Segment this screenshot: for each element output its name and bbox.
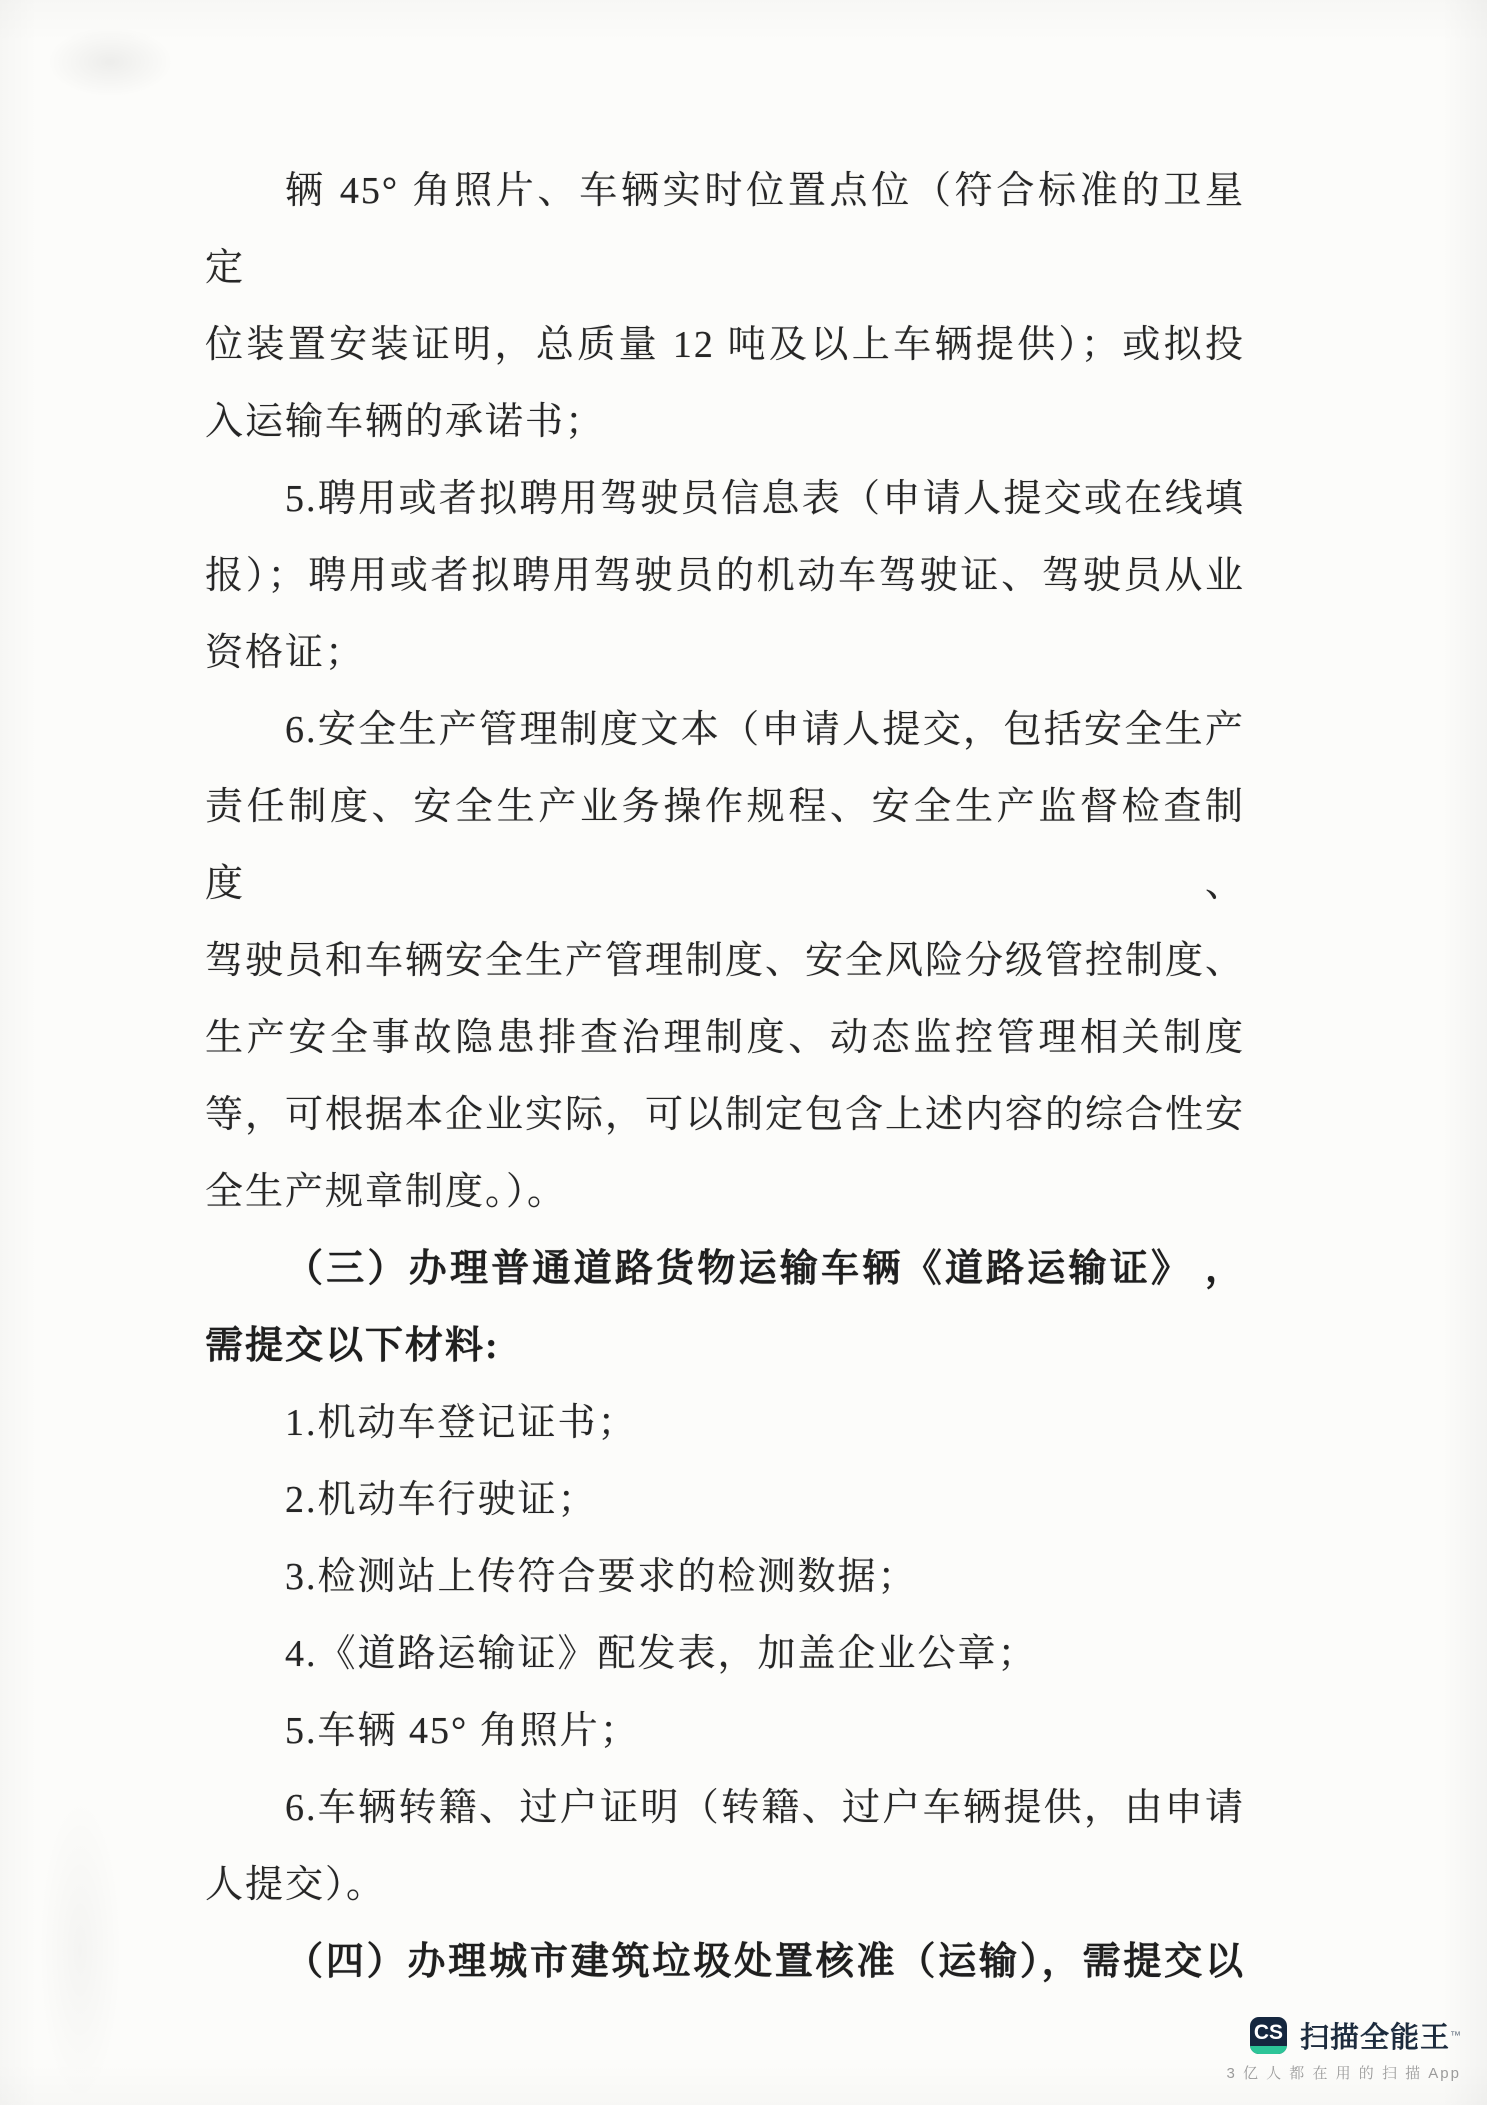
text-line: 责任制度、安全生产业务操作规程、安全生产监督检查制度、 [205,769,1245,923]
text-line: 位装置安装证明，总质量 12 吨及以上车辆提供）；或拟投 [205,307,1245,384]
document-text-block: 辆 45° 角照片、车辆实时位置点位（符合标准的卫星定 位装置安装证明，总质量 … [205,153,1245,2001]
scanned-document-page: 辆 45° 角照片、车辆实时位置点位（符合标准的卫星定 位装置安装证明，总质量 … [0,0,1487,2105]
text-line: 生产安全事故隐患排查治理制度、动态监控管理相关制度 [205,1000,1245,1077]
text-line: 辆 45° 角照片、车辆实时位置点位（符合标准的卫星定 [205,153,1245,307]
text-line: 资格证； [205,615,1245,692]
list-item: 1.机动车登记证书； [205,1385,1245,1462]
camscanner-brand-name: 扫描全能王 [1300,2015,1450,2056]
list-item: 4.《道路运输证》配发表，加盖企业公章； [205,1616,1245,1693]
camscanner-watermark: CS 扫描全能王™ 3 亿 人 都 在 用 的 扫 描 App [1226,2015,1461,2083]
text-line: 驾驶员和车辆安全生产管理制度、安全风险分级管控制度、 [205,923,1245,1000]
camscanner-brand-row: CS 扫描全能王™ [1226,2015,1461,2056]
list-item: 5.车辆 45° 角照片； [205,1693,1245,1770]
camscanner-tagline: 3 亿 人 都 在 用 的 扫 描 App [1226,2062,1461,2083]
section-heading-3: （三）办理普通道路货物运输车辆《道路运输证》 ， [205,1231,1245,1308]
section-heading-4: （四）办理城市建筑垃圾处置核准（运输），需提交以 [205,1924,1245,2001]
list-item: 2.机动车行驶证； [205,1462,1245,1539]
text-line: 需提交以下材料: [205,1308,1245,1385]
text-line: 等，可根据本企业实际，可以制定包含上述内容的综合性安 [205,1077,1245,1154]
text-line: 入运输车辆的承诺书； [205,384,1245,461]
text-line: 6.安全生产管理制度文本（申请人提交，包括安全生产 [205,692,1245,769]
text-line: 报）；聘用或者拟聘用驾驶员的机动车驾驶证、驾驶员从业 [205,538,1245,615]
camscanner-logo-strip [1250,2046,1287,2054]
text-line: 人提交）。 [205,1847,1245,1924]
trademark-symbol: ™ [1450,2026,1461,2046]
camscanner-logo-icon: CS [1250,2017,1287,2054]
camscanner-logo-letters: CS [1250,2018,1287,2047]
list-item: 3.检测站上传符合要求的检测数据； [205,1539,1245,1616]
text-line: 全生产规章制度。）。 [205,1154,1245,1231]
list-item: 6.车辆转籍、过户证明（转籍、过户车辆提供，由申请 [205,1770,1245,1847]
text-line: 5.聘用或者拟聘用驾驶员信息表（申请人提交或在线填 [205,461,1245,538]
